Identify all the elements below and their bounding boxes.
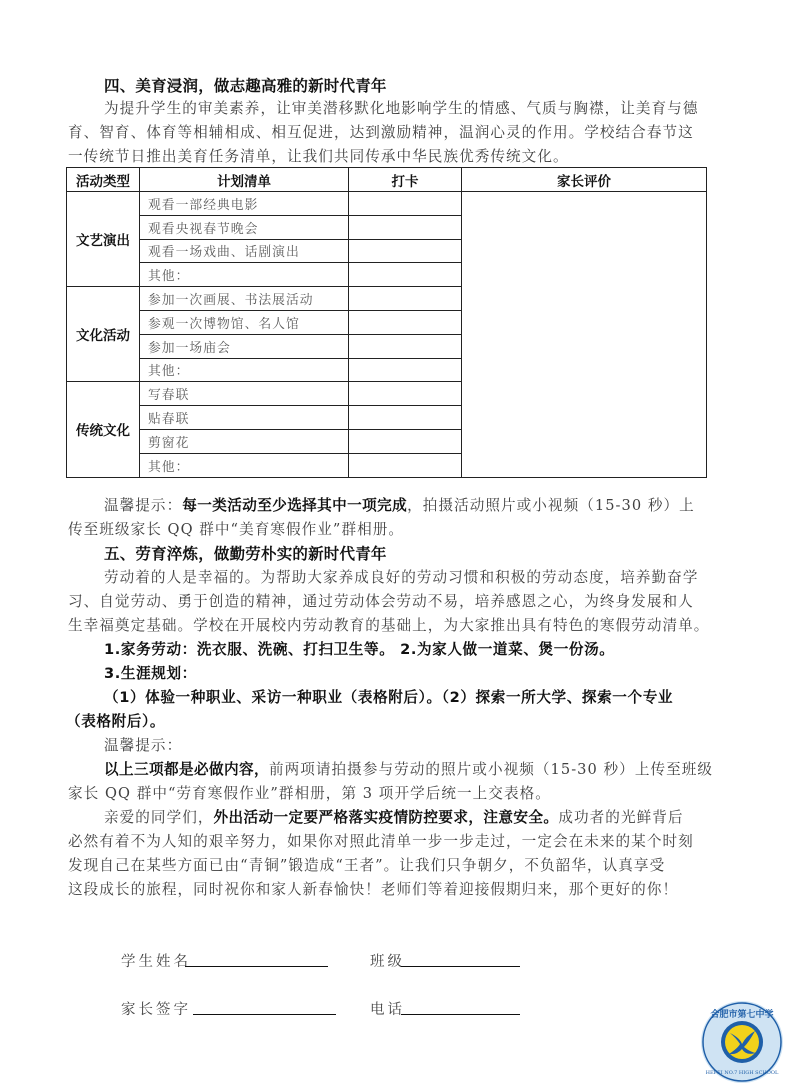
section5-intro-line-2: 习、自觉劳动、勇于创造的精神，通过劳动体会劳动不易，培养感恩之心，为终身发展和人 xyxy=(68,590,694,611)
plan-item: 参观一次博物馆、名人馆 xyxy=(140,310,349,334)
logo-bottom-text: HEFEI NO.7 HIGH SCHOOL xyxy=(706,1070,779,1076)
header-activity-type: 活动类型 xyxy=(67,168,140,192)
logo-top-text: 合肥市第七中学 xyxy=(710,1008,773,1020)
tip-rest: 前两项请拍摄参与劳动的照片或小视频（15-30 秒）上传至班级 xyxy=(269,761,713,778)
category-cell: 传统文化 xyxy=(67,382,140,477)
check-in-cell[interactable] xyxy=(349,453,462,477)
plan-item: 观看央视春节晚会 xyxy=(140,215,349,239)
section4-title: 四、美育浸润，做志趣高雅的新时代青年 xyxy=(104,74,387,96)
check-in-cell[interactable] xyxy=(349,310,462,334)
student-name-field[interactable] xyxy=(185,966,328,967)
category-cell: 文化活动 xyxy=(67,287,140,382)
check-in-cell[interactable] xyxy=(349,263,462,287)
section4-intro-line-1: 为提升学生的审美素养，让审美潜移默化地影响学生的情感、气质与胸襟，让美育与德 xyxy=(104,97,698,118)
closing-line-4: 这段成长的旅程，同时祝你和家人新春愉快！老师们等着迎接假期归来，那个更好的你！ xyxy=(68,878,678,899)
section4-tip-line-1: 温馨提示：每一类活动至少选择其中一项完成，拍摄活动照片或小视频（15-30 秒）… xyxy=(104,494,695,515)
section5-intro-line-1: 劳动着的人是幸福的。为帮助大家养成良好的劳动习惯和积极的劳动态度，培养勤奋学 xyxy=(104,566,698,587)
labor-tasks-line: 1.家务劳动：洗衣服、洗碗、打扫卫生等。 2.为家人做一道菜、煲一份汤。 xyxy=(104,638,615,659)
category-cell: 文艺演出 xyxy=(67,192,140,287)
tip-bold: 每一类活动至少选择其中一项完成 xyxy=(182,497,407,514)
parent-signature-field[interactable] xyxy=(193,1014,336,1015)
career-planning-title: 3.生涯规划： xyxy=(104,662,197,683)
section5-tip-line-2: 家长 QQ 群中“劳育寒假作业”群相册，第 3 项开学后统一上交表格。 xyxy=(68,782,551,803)
plan-item: 剪窗花 xyxy=(140,429,349,453)
parent-review-cell[interactable] xyxy=(462,192,707,478)
check-in-cell[interactable] xyxy=(349,215,462,239)
check-in-cell[interactable] xyxy=(349,429,462,453)
header-check-in: 打卡 xyxy=(349,168,462,192)
plan-item: 其他： xyxy=(140,358,349,382)
closing-line-3: 发现自己在某些方面已由“青铜”锻造成“王者”。让我们只争朝夕，不负韶华，认真享受 xyxy=(68,854,665,875)
section4-intro-line-3: 一传统节日推出美育任务清单，让我们共同传承中华民族优秀传统文化。 xyxy=(68,145,569,166)
section4-intro-line-2: 育、智育、体育等相辅相成、相互促进，达到激励精神，温润心灵的作用。学校结合春节这 xyxy=(68,121,694,142)
header-parent-review: 家长评价 xyxy=(462,168,707,192)
closing-start: 亲爱的同学们， xyxy=(104,809,214,826)
check-in-cell[interactable] xyxy=(349,192,462,216)
plan-item: 参加一次画展、书法展活动 xyxy=(140,287,349,311)
check-in-cell[interactable] xyxy=(349,406,462,430)
header-plan-list: 计划清单 xyxy=(140,168,349,192)
check-in-cell[interactable] xyxy=(349,287,462,311)
plan-item: 观看一部经典电影 xyxy=(140,192,349,216)
plan-item: 贴春联 xyxy=(140,406,349,430)
tip-rest: ，拍摄活动照片或小视频（15-30 秒）上 xyxy=(407,497,695,514)
phone-label: 电话 xyxy=(370,998,405,1019)
check-in-cell[interactable] xyxy=(349,239,462,263)
career-line-2: （表格附后）。 xyxy=(66,710,165,731)
section4-tip-line-2: 传至班级家长 QQ 群中“美育寒假作业”群相册。 xyxy=(68,518,404,539)
closing-line-1: 亲爱的同学们，外出活动一定要严格落实疫情防控要求，注意安全。成功者的光鲜背后 xyxy=(104,806,684,827)
plan-item: 写春联 xyxy=(140,382,349,406)
section5-tip-line-1: 以上三项都是必做内容，前两项请拍摄参与劳动的照片或小视频（15-30 秒）上传至… xyxy=(104,758,713,779)
parent-signature-label: 家长签字 xyxy=(121,998,191,1019)
plan-item: 观看一场戏曲、话剧演出 xyxy=(140,239,349,263)
plan-item: 参加一场庙会 xyxy=(140,334,349,358)
class-field[interactable] xyxy=(401,966,520,967)
student-name-label: 学生姓名 xyxy=(121,950,191,971)
tip-bold: 以上三项都是必做内容， xyxy=(104,761,269,778)
plan-item: 其他： xyxy=(140,263,349,287)
plan-item: 其他： xyxy=(140,453,349,477)
check-in-cell[interactable] xyxy=(349,358,462,382)
section5-tip-label: 温馨提示： xyxy=(104,734,182,755)
class-label: 班级 xyxy=(370,950,405,971)
closing-line-2: 必然有着不为人知的艰辛努力，如果你对照此清单一步一步走过，一定会在未来的某个时刻 xyxy=(68,830,694,851)
check-in-cell[interactable] xyxy=(349,334,462,358)
aesthetic-plan-table: 活动类型 计划清单 打卡 家长评价 文艺演出 观看一部经典电影 观看央视春节晚会… xyxy=(66,167,707,478)
check-in-cell[interactable] xyxy=(349,382,462,406)
school-logo-icon: 合肥市第七中学 HEFEI NO.7 HIGH SCHOOL xyxy=(700,1000,784,1084)
tip-label: 温馨提示： xyxy=(104,497,182,514)
table-row: 文艺演出 观看一部经典电影 xyxy=(67,192,707,216)
section5-title: 五、劳育淬炼，做勤劳朴实的新时代青年 xyxy=(104,542,387,564)
phone-field[interactable] xyxy=(401,1014,520,1015)
document-page: 四、美育浸润，做志趣高雅的新时代青年 为提升学生的审美素养，让审美潜移默化地影响… xyxy=(0,0,787,1090)
closing-end: 成功者的光鲜背后 xyxy=(558,809,683,826)
table-header-row: 活动类型 计划清单 打卡 家长评价 xyxy=(67,168,707,192)
closing-bold: 外出活动一定要严格落实疫情防控要求，注意安全。 xyxy=(214,809,559,826)
career-line-1: （1）体验一种职业、采访一种职业（表格附后）。（2）探索一所大学、探索一个专业 xyxy=(104,686,673,707)
section5-intro-line-3: 生幸福奠定基础。学校在开展校内劳动教育的基础上，为大家推出具有特色的寒假劳动清单… xyxy=(68,614,709,635)
